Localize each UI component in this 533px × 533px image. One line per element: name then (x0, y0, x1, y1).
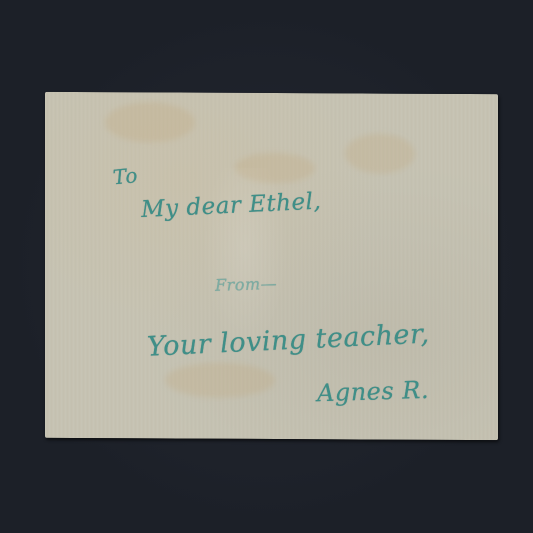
age-stain (345, 133, 415, 173)
signature-text: Agnes R. (317, 376, 430, 407)
from-label-text: From— (215, 274, 278, 295)
sender-descriptor-text: Your loving teacher, (146, 318, 430, 362)
age-stain (105, 102, 195, 142)
handwritten-card: To My dear Ethel, From— Your loving teac… (45, 92, 498, 440)
salutation-text: To (112, 163, 139, 189)
